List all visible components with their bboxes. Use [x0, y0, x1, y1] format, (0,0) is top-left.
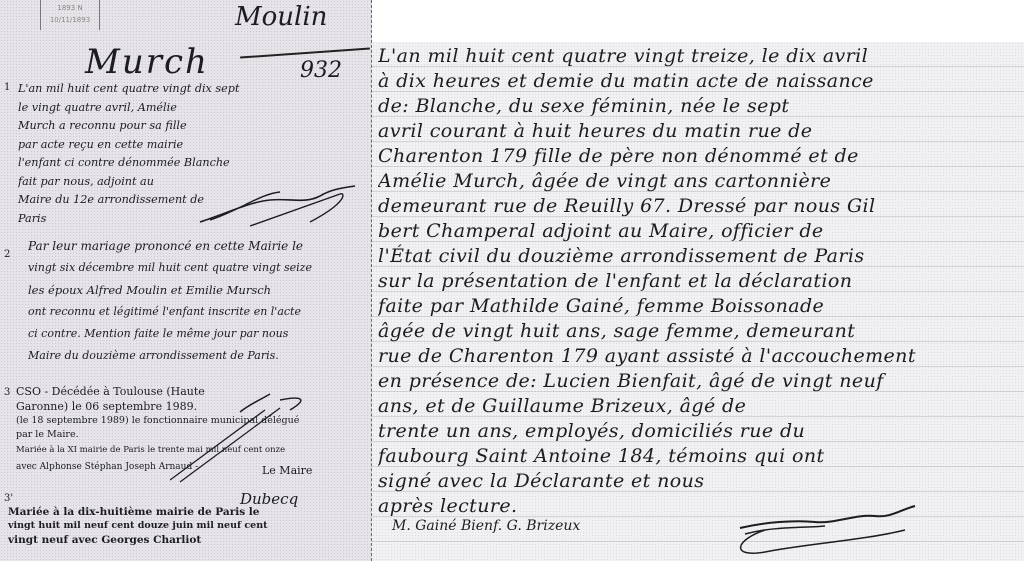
body-line: rue de Charenton 179 ayant assisté à l'a… [378, 344, 1020, 369]
stamp-line-1: 1893 N [41, 2, 99, 14]
delegate-signature [170, 390, 320, 485]
body-line: faite par Mathilde Gainé, femme Boissona… [378, 294, 1020, 319]
body-line: l'État civil du douzième arrondissement … [378, 244, 1020, 269]
note-line: vingt six décembre mil huit cent quatre … [28, 257, 368, 279]
note-line: les époux Alfred Moulin et Emilie Mursch [28, 279, 368, 301]
archive-stamp: 1893 N 10/11/1893 [40, 0, 100, 30]
birth-act-body: L'an mil huit cent quatre vingt treize, … [378, 44, 1020, 519]
note-number: 3' [4, 493, 13, 504]
stamp-line-2: 10/11/1893 [41, 14, 99, 26]
margin-note-2: 2 Par leur mariage prononcé en cette Mai… [6, 235, 368, 367]
body-line: Amélie Murch, âgée de vingt ans cartonni… [378, 169, 1020, 194]
note-line: vingt huit mil neuf cent douze juin mil … [8, 519, 368, 533]
note-number: 3 [4, 387, 10, 398]
note-number: 2 [4, 249, 10, 260]
body-line: demeurant rue de Reuilly 67. Dressé par … [378, 194, 1020, 219]
body-line: signé avec la Déclarante et nous [378, 469, 1020, 494]
note-line: le vingt quatre avril, Amélie [18, 99, 368, 118]
adjoint-signature [190, 182, 370, 232]
body-line: ans, et de Guillaume Brizeux, âgé de [378, 394, 1020, 419]
body-line: faubourg Saint Antoine 184, témoins qui … [378, 444, 1020, 469]
note-line: vingt neuf avec Georges Charliot [8, 533, 368, 547]
witness-signatures: M. Gainé Bienf. G. Brizeux [392, 518, 580, 534]
blank-top-area [372, 0, 1024, 42]
body-line: trente un ans, employés, domiciliés rue … [378, 419, 1020, 444]
body-line: sur la présentation de l'enfant et la dé… [378, 269, 1020, 294]
body-line: avril courant à huit heures du matin rue… [378, 119, 1020, 144]
surname-heading: Murch [85, 42, 209, 82]
body-line: bert Champeral adjoint au Maire, officie… [378, 219, 1020, 244]
note-line: ont reconnu et légitimé l'enfant inscrit… [28, 301, 368, 323]
surname-annotation: Moulin [235, 2, 327, 32]
body-line: en présence de: Lucien Bienfait, âgé de … [378, 369, 1020, 394]
margin-divider [371, 0, 373, 561]
note-line: Mariée à la dix-huitième mairie de Paris… [8, 505, 368, 519]
register-page: 1893 N 10/11/1893 Moulin Murch 932 1 L'a… [0, 0, 1024, 561]
body-line: Charenton 179 fille de père non dénommé … [378, 144, 1020, 169]
note-line: ci contre. Mention faite le même jour pa… [28, 323, 368, 345]
note-line: Par leur mariage prononcé en cette Mairi… [28, 235, 368, 257]
margin-note-4: 3' Mariée à la dix-huitième mairie de Pa… [6, 505, 368, 547]
note-line: Murch a reconnu pour sa fille [18, 117, 368, 136]
note-line: Maire du douzième arrondissement de Pari… [28, 345, 368, 367]
body-line: L'an mil huit cent quatre vingt treize, … [378, 44, 1020, 69]
note-line: par acte reçu en cette mairie [18, 136, 368, 155]
note-line: L'an mil huit cent quatre vingt dix sept [18, 80, 368, 99]
body-line: âgée de vingt huit ans, sage femme, deme… [378, 319, 1020, 344]
body-line: à dix heures et demie du matin acte de n… [378, 69, 1020, 94]
officer-signature [725, 500, 925, 560]
note-number: 1 [4, 82, 10, 93]
note-line: l'enfant ci contre dénommée Blanche [18, 154, 368, 173]
body-line: de: Blanche, du sexe féminin, née le sep… [378, 94, 1020, 119]
